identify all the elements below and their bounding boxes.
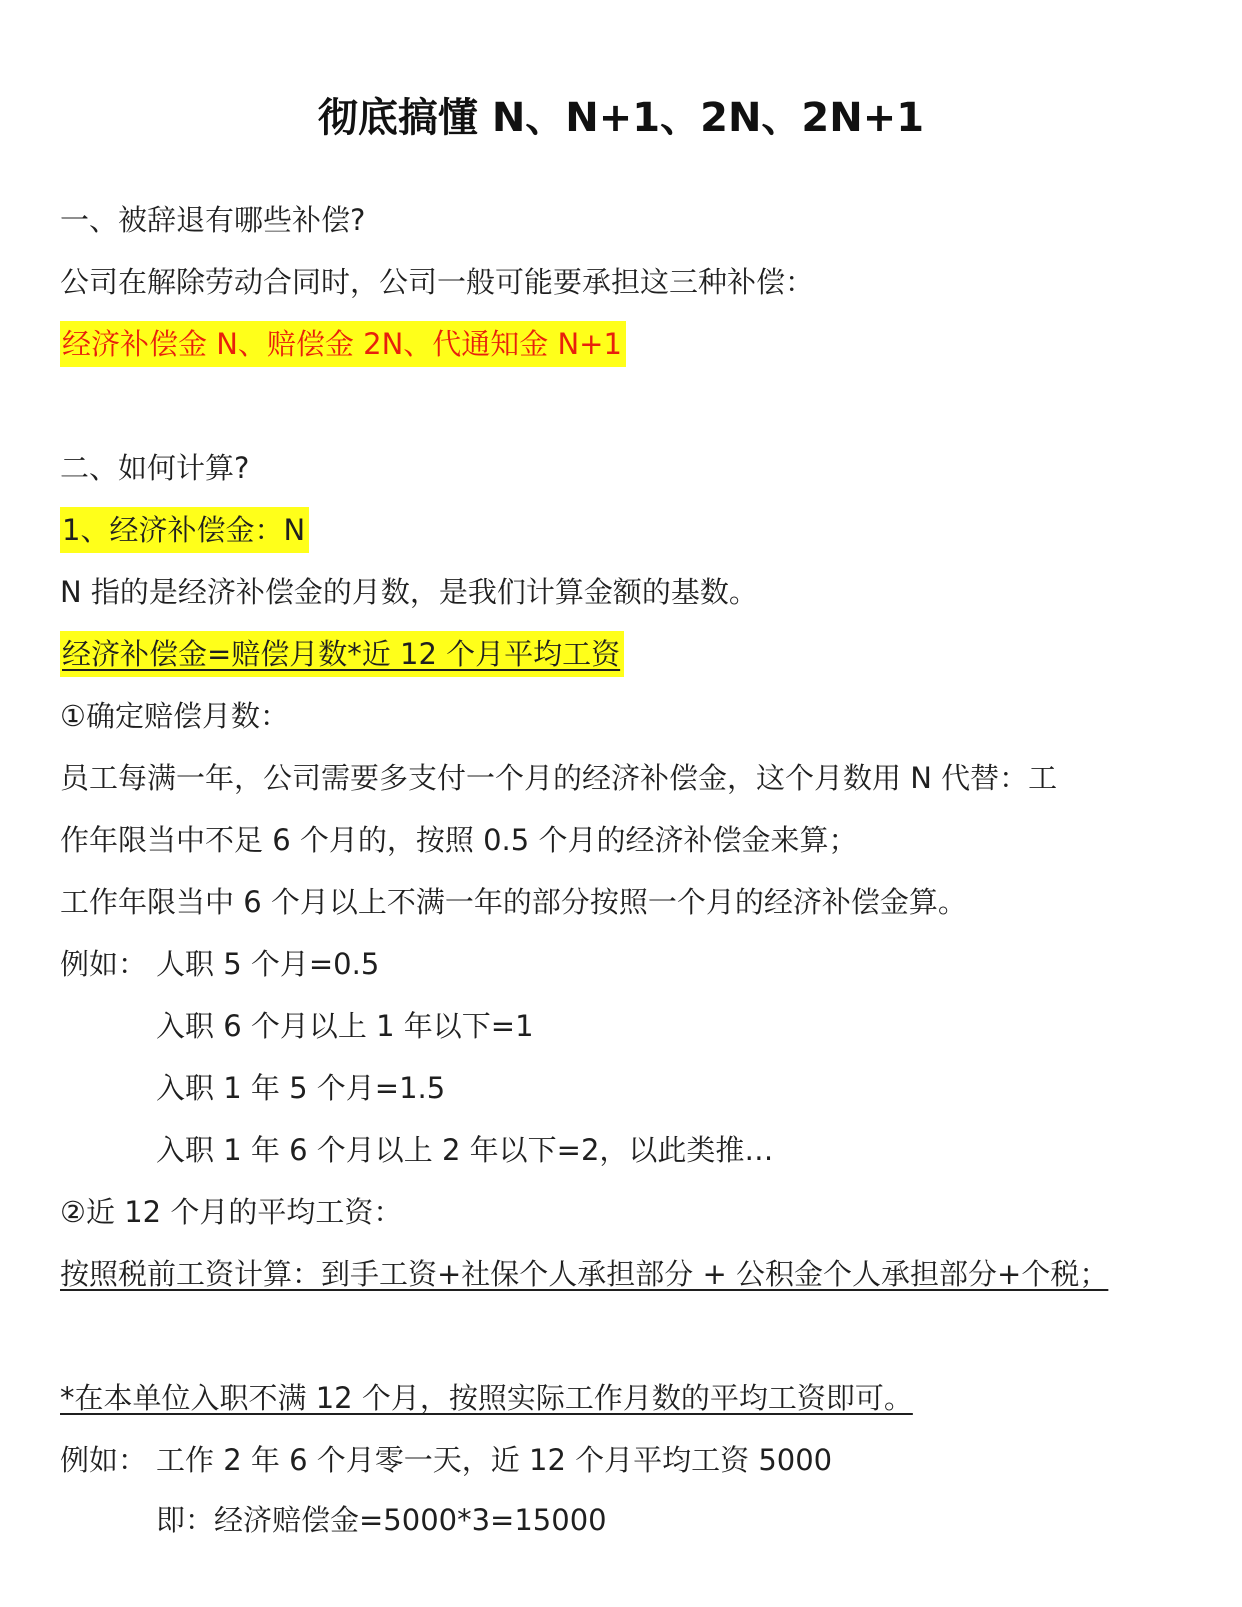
step1-heading: ①确定赔偿月数： [60, 696, 289, 736]
example2-line-1: 工作 2 年 6 个月零一天，近 12 个月平均工资 5000 [156, 1440, 832, 1480]
compensation-types-highlight: 经济补偿金 N、赔偿金 2N、代通知金 N+1 [60, 324, 626, 364]
section1-heading: 一、被辞退有哪些补偿? [60, 200, 365, 240]
example-item: 人职 5 个月=0.5 [156, 944, 379, 984]
document-title: 彻底搞懂 N、N+1、2N、2N+1 [0, 86, 1242, 143]
sub1-heading: 1、经济补偿金：N [60, 507, 309, 553]
step2-note: *在本单位入职不满 12 个月，按照实际工作月数的平均工资即可。 [60, 1378, 913, 1418]
step2-rule: 按照税前工资计算：到手工资+社保个人承担部分 + 公积金个人承担部分+个税； [60, 1254, 1108, 1294]
compensation-types-text: 经济补偿金 N、赔偿金 2N、代通知金 N+1 [60, 321, 626, 367]
step2-heading: ②近 12 个月的平均工资： [60, 1192, 402, 1232]
section1-intro: 公司在解除劳动合同时，公司一般可能要承担这三种补偿： [60, 262, 814, 302]
step1-paragraph-line-2: 作年限当中不足 6 个月的，按照 0.5 个月的经济补偿金来算； [60, 820, 857, 860]
examples-label: 例如： [60, 944, 147, 984]
example2-line-2: 即：经济赔偿金=5000*3=15000 [156, 1500, 607, 1540]
example2-label: 例如： [60, 1440, 147, 1480]
example-item: 入职 6 个月以上 1 年以下=1 [156, 1006, 534, 1046]
step1-paragraph-line-3: 工作年限当中 6 个月以上不满一年的部分按照一个月的经济补偿金算。 [60, 882, 967, 922]
n-definition: N 指的是经济补偿金的月数，是我们计算金额的基数。 [60, 572, 758, 612]
formula-text: 经济补偿金=赔偿月数*近 12 个月平均工资 [60, 631, 624, 677]
example-item: 入职 1 年 5 个月=1.5 [156, 1068, 445, 1108]
sub1-heading-highlight: 1、经济补偿金：N [60, 510, 309, 550]
formula-highlight: 经济补偿金=赔偿月数*近 12 个月平均工资 [60, 634, 624, 674]
document-page: 彻底搞懂 N、N+1、2N、2N+1 一、被辞退有哪些补偿? 公司在解除劳动合同… [0, 0, 1242, 1607]
step1-paragraph-line-1: 员工每满一年，公司需要多支付一个月的经济补偿金，这个月数用 N 代替：工 [60, 758, 1057, 798]
section2-heading: 二、如何计算? [60, 448, 249, 488]
example-item: 入职 1 年 6 个月以上 2 年以下=2，以此类推… [156, 1130, 773, 1170]
